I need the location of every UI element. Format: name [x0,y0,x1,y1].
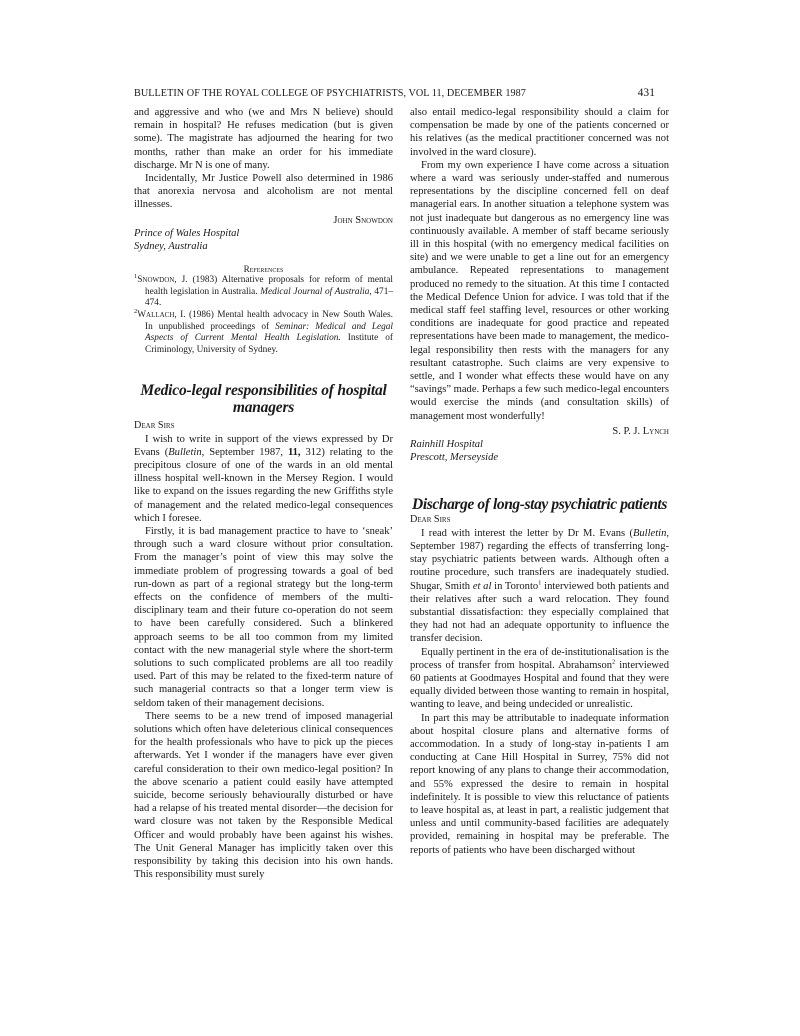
text: I read with interest the letter by Dr M.… [421,528,633,539]
reference-author: Wallach, I. [137,310,185,320]
page-number: 431 [638,87,655,99]
letter3-paragraph: In part this may be attributable to inad… [410,712,669,857]
letter2-paragraph: From my own experience I have come acros… [410,159,669,423]
running-header: BULLETIN OF THE ROYAL COLLEGE OF PSYCHIA… [134,88,655,104]
text: in Toronto [491,581,538,592]
letter2-address-line2: Prescott, Merseyside [410,451,669,464]
letter1-paragraph: and aggressive and who (we and Mrs N bel… [134,106,393,172]
journal-name: Bulletin [168,447,201,458]
letter3-paragraph: I read with interest the letter by Dr M.… [410,527,669,646]
et-al: et al [473,581,492,592]
letter2-paragraph: also entail medico-legal responsibility … [410,106,669,159]
right-column: also entail medico-legal responsibility … [410,106,669,857]
letter1-address-line1: Prince of Wales Hospital [134,227,393,240]
references-heading: References [134,263,393,275]
volume-number: 11, [288,447,301,458]
letter2-signature: S. P. J. Lynch [410,425,669,438]
left-column: and aggressive and who (we and Mrs N bel… [134,106,393,882]
letter2-paragraph: I wish to write in support of the views … [134,433,393,525]
letter3-paragraph: Equally pertinent in the era of de-insti… [410,646,669,712]
reference-author: Snowdon, J. [137,275,187,285]
reference-item: 2Wallach, I. (1986) Mental health advoca… [134,310,393,356]
letter2-salutation: Dear Sirs [134,419,393,432]
letter3-salutation: Dear Sirs [410,513,669,526]
text: 312) relating to the precipitous closure… [134,447,393,524]
letter2-paragraph: Firstly, it is bad management practice t… [134,525,393,710]
journal-name: Bulletin, [633,528,669,539]
letter1-address-line2: Sydney, Australia [134,240,393,253]
letter1-paragraph: Incidentally, Mr Justice Powell also det… [134,172,393,212]
text: , September 1987, [202,447,288,458]
letter2-paragraph: There seems to be a new trend of imposed… [134,710,393,882]
letter2-address-line1: Rainhill Hospital [410,438,669,451]
journal-running-title: BULLETIN OF THE ROYAL COLLEGE OF PSYCHIA… [134,88,526,99]
reference-journal: Medical Journal of Australia, [260,287,371,297]
letter1-signature: John Snowdon [134,214,393,227]
letter2-title: Medico-legal responsibilities of hospita… [134,382,393,416]
reference-item: 1Snowdon, J. (1983) Alternative proposal… [134,275,393,310]
letter3-title: Discharge of long-stay psychiatric patie… [410,496,669,513]
